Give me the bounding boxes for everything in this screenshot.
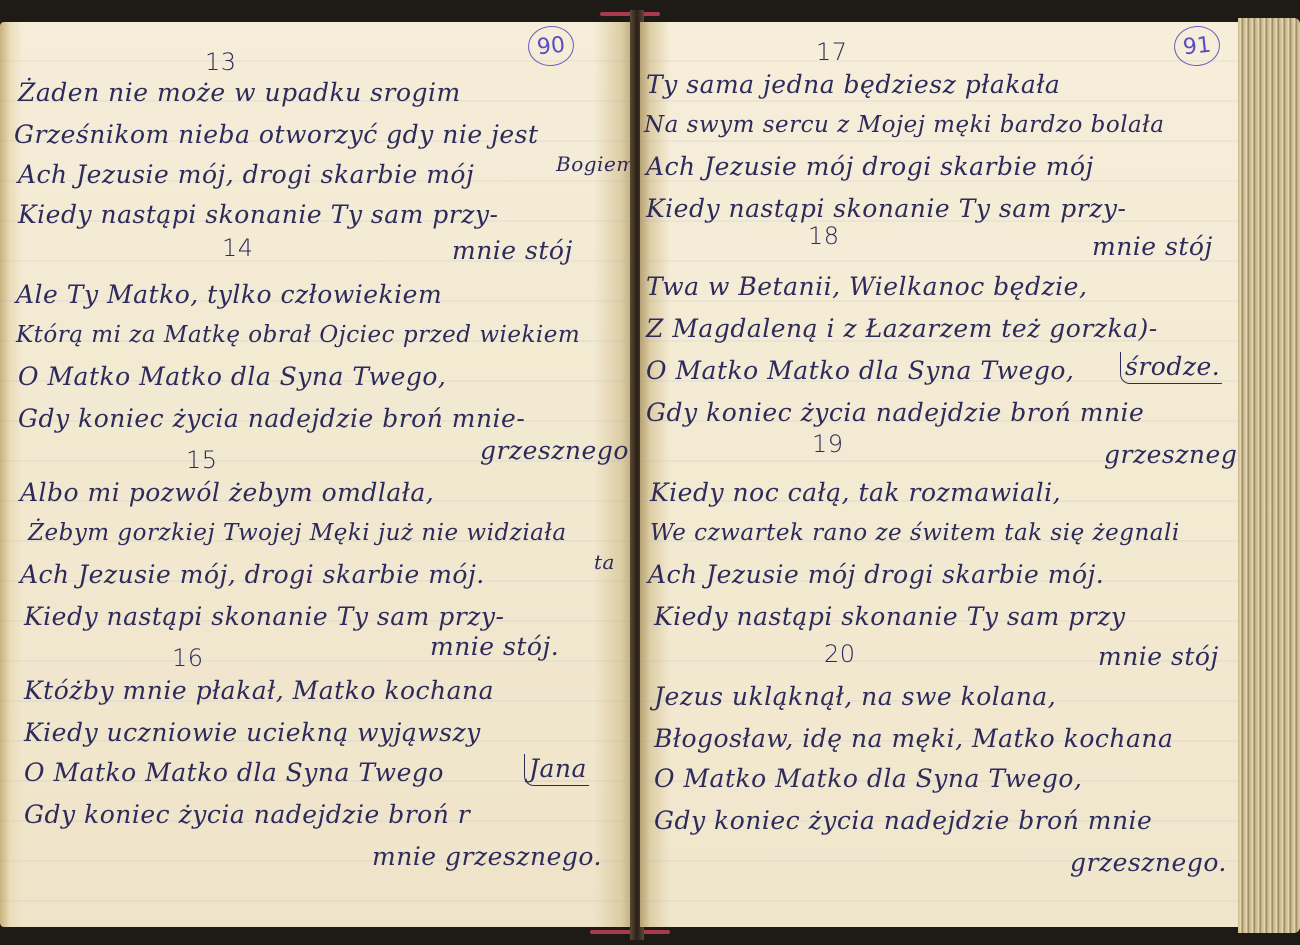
underlined-note: środze. [1120,352,1222,384]
margin-note: Bogiem [556,152,636,176]
verse-line: Jezus ukląknął, na swe kolana, [654,682,1056,711]
refrain-closing: grzesznego [480,436,629,465]
refrain-closing: mnie stój [1092,232,1213,261]
ruled-lines [0,22,634,927]
verse-line: Ale Ty Matko, tylko człowiekiem [16,280,442,309]
verse-line: Kiedy uczniowie uciekną wyjąwszy [24,718,481,747]
verse-line: Kiedy nastąpi skonanie Ty sam przy [654,602,1126,631]
page-stack-edges [1238,18,1300,933]
refrain-closing: mnie stój [1098,642,1219,671]
verse-line: Kiedy nastąpi skonanie Ty sam przy- [646,194,1126,223]
left-page: 90 13 Żaden nie może w upadku srogim Grz… [0,22,634,927]
margin-note: ta [594,550,615,574]
stanza-number: 19 [812,430,844,458]
page-number-circled: 91 [1172,24,1222,69]
verse-line: Grześnikom nieba otworzyć gdy nie jest [14,120,539,149]
right-page: 91 17 Ty sama jedna będziesz płakała Na … [640,22,1240,927]
refrain-closing: mnie stój. [430,632,559,661]
stanza-number: 18 [808,222,840,250]
verse-line: Na swym sercu z Mojej męki bardzo bolała [644,112,1164,138]
underlined-note: Jana [524,754,589,786]
verse-line: Gdy koniec życia nadejdzie broń mnie [646,398,1144,427]
verse-line: Ty sama jedna będziesz płakała [646,70,1060,99]
stanza-number: 20 [824,640,856,668]
verse-line: Kiedy nastąpi skonanie Ty sam przy- [24,602,504,631]
verse-line: Ach Jezusie mój drogi skarbie mój. [648,560,1104,589]
verse-line: Gdy koniec życia nadejdzie broń mnie [654,806,1152,835]
verse-line: Gdy koniec życia nadejdzie broń r [24,800,470,829]
verse-line: Albo mi pozwól żebym omdlała, [20,478,434,507]
page-number-circled: 90 [526,24,576,69]
verse-line: Ach Jezusie mój drogi skarbie mój [646,152,1094,181]
verse-line: O Matko Matko dla Syna Twego, [654,764,1082,793]
stanza-number: 14 [222,234,254,262]
verse-line: Błogosław, idę na męki, Matko kochana [654,724,1173,753]
refrain-closing: mnie grzesznego. [372,842,602,871]
verse-line: O Matko Matko dla Syna Twego, [18,362,446,391]
refrain-closing: grzesznego. [1070,848,1227,877]
verse-line: We czwartek rano ze świtem tak się żegna… [650,520,1180,546]
stanza-number: 17 [816,38,848,66]
verse-line: Kiedy noc całą, tak rozmawiali, [650,478,1061,507]
verse-line: Żebym gorzkiej Twojej Męki już nie widzi… [28,520,567,546]
refrain-closing: grzesznego [1104,440,1253,469]
verse-line: Któżby mnie płakał, Matko kochana [24,676,494,705]
stanza-number: 16 [172,644,204,672]
open-notebook: 90 13 Żaden nie może w upadku srogim Grz… [0,0,1300,945]
verse-line: O Matko Matko dla Syna Twego, [646,356,1074,385]
verse-line: Ach Jezusie mój, drogi skarbie mój. [20,560,485,589]
verse-line: Z Magdaleną i z Łazarzem też gorzka)- [646,314,1158,343]
verse-line: Żaden nie może w upadku srogim [18,78,461,107]
verse-line: Którą mi za Matkę obrał Ojciec przed wie… [16,322,580,348]
verse-line: Ach Jezusie mój, drogi skarbie mój [18,160,474,189]
verse-line: Twa w Betanii, Wielkanoc będzie, [646,272,1087,301]
verse-line: O Matko Matko dla Syna Twego [24,758,444,787]
stanza-number: 15 [186,446,218,474]
verse-line: Kiedy nastąpi skonanie Ty sam przy- [18,200,498,229]
verse-line: Gdy koniec życia nadejdzie broń mnie- [18,404,525,433]
refrain-closing: mnie stój [452,236,573,265]
stanza-number: 13 [205,48,237,76]
